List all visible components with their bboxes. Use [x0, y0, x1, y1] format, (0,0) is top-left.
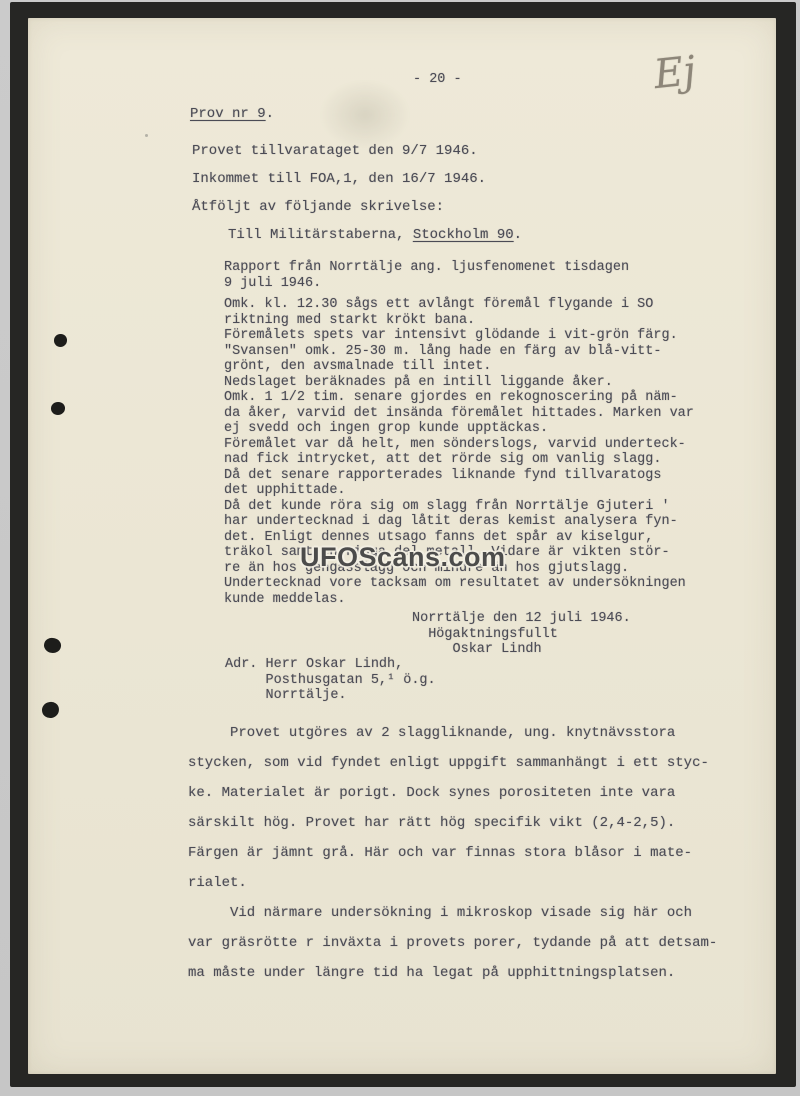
recipient-line: Till Militärstaberna, Stockholm 90.: [228, 227, 522, 243]
document-title: Prov nr 9.: [190, 106, 274, 122]
letter-signoff: Norrtälje den 12 juli 1946. Högaktningsf…: [412, 611, 631, 658]
handwritten-note-ej: Ej: [652, 48, 698, 98]
document-page: - 20 - Ej Prov nr 9. Provet tillvaratage…: [28, 18, 776, 1074]
punch-hole: [51, 402, 65, 415]
punch-hole: [41, 701, 60, 719]
punch-hole: [54, 334, 67, 347]
paper-speck: [145, 134, 148, 137]
letter-subject: Rapport från Norrtälje ang. ljusfenomene…: [224, 260, 629, 291]
recipient-prefix: Till Militärstaberna,: [228, 227, 413, 243]
recipient-city: Stockholm 90: [413, 227, 514, 243]
page-number: - 20 -: [413, 72, 462, 88]
punch-hole: [43, 636, 63, 654]
header-lines: Provet tillvarataget den 9/7 1946. Inkom…: [192, 137, 486, 221]
watermark: UFOScans.com: [300, 542, 506, 573]
scanner-background: { "page": { "number_label": "- 20 -", "h…: [0, 0, 800, 1096]
recipient-period: .: [514, 227, 522, 243]
document-title-period: .: [266, 106, 274, 122]
sender-address: Adr. Herr Oskar Lindh, Posthusgatan 5,¹ …: [225, 657, 436, 704]
document-title-text: Prov nr 9: [190, 106, 266, 122]
analysis-paragraph-2: Vid närmare undersökning i mikroskop vis…: [188, 898, 717, 988]
analysis-paragraph-1: Provet utgöres av 2 slaggliknande, ung. …: [188, 718, 709, 898]
